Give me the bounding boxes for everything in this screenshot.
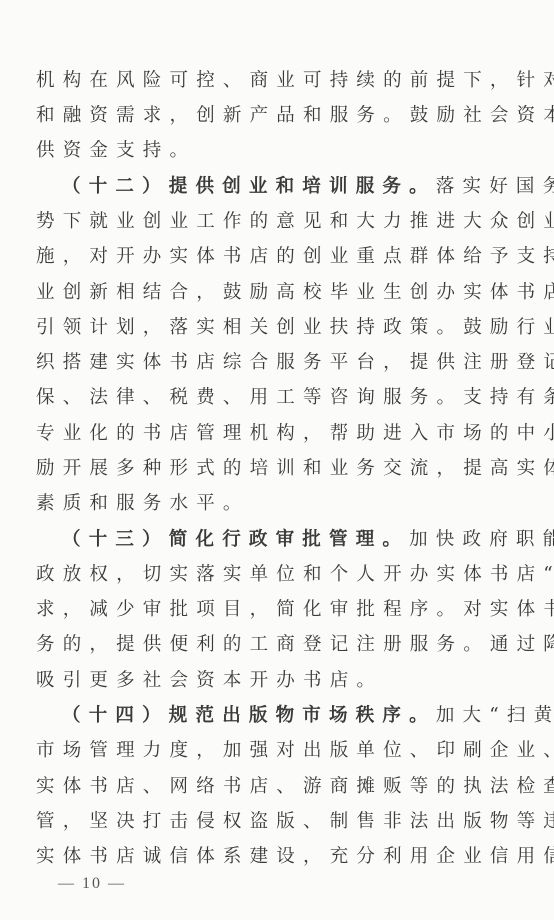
paragraph-text: 政放权，切实落实单位和个人开办实体书店“先照后证”改革要 bbox=[36, 564, 554, 585]
paragraph-text: 励开展多种形式的培训和业务交流，提高实体书店从业人员整体 bbox=[36, 458, 554, 479]
paragraph-text: 机构在风险可控、商业可持续的前提下，针对中小书店经营特点 bbox=[36, 70, 554, 91]
text-line: 和融资需求，创新产品和服务。鼓励社会资本为中小书店发展提 bbox=[36, 103, 496, 129]
paragraph-text: 实体书店诚信体系建设，充分利用企业信用信息公示平台，及时 bbox=[36, 846, 554, 867]
paragraph-text: 市场管理力度，加强对出版单位、印刷企业、出版物批发市场、 bbox=[36, 740, 554, 761]
text-line: 市场管理力度，加强对出版单位、印刷企业、出版物批发市场、 bbox=[36, 738, 496, 764]
section-heading: （十三）简化行政审批管理。 bbox=[62, 529, 409, 550]
section-heading: （十四）规范出版物市场秩序。 bbox=[62, 705, 436, 726]
paragraph-text: 加快政府职能转变，进一步简 bbox=[409, 529, 554, 550]
text-line: 求，减少审批项目，简化审批程序。对实体书店开展其他经营业 bbox=[36, 597, 496, 623]
text-line: 励开展多种形式的培训和业务交流，提高实体书店从业人员整体 bbox=[36, 456, 496, 482]
section-heading-line: （十三）简化行政审批管理。加快政府职能转变，进一步简 bbox=[62, 527, 522, 553]
paragraph-text: 专业化的书店管理机构，帮助进入市场的中小书店运营管理。鼓 bbox=[36, 423, 554, 444]
section-heading-line: （十二）提供创业和培训服务。落实好国务院关于做好新形 bbox=[62, 174, 522, 200]
paragraph-text: 实体书店、网络书店、游商摊贩等的执法检查，加强事中事后监 bbox=[36, 776, 554, 797]
paragraph-text: 织搭建实体书店综合服务平台，提供注册登记、生产经营、社 bbox=[36, 352, 554, 373]
paragraph-text: 和融资需求，创新产品和服务。鼓励社会资本为中小书店发展提 bbox=[36, 105, 554, 126]
text-line: 专业化的书店管理机构，帮助进入市场的中小书店运营管理。鼓 bbox=[36, 421, 496, 447]
section-heading-line: （十四）规范出版物市场秩序。加大“扫黄打非”和出版物 bbox=[62, 703, 522, 729]
paragraph-text: 业创新相结合，鼓励高校毕业生创办实体书店，纳入大学生创业 bbox=[36, 282, 554, 303]
paragraph-text: 落实好国务院关于做好新形 bbox=[436, 176, 554, 197]
text-line: 织搭建实体书店综合服务平台，提供注册登记、生产经营、社 bbox=[36, 350, 496, 376]
paragraph-text: 素质和服务水平。 bbox=[36, 493, 250, 514]
paragraph-text: 保、法律、税费、用工等咨询服务。支持有条件的发行企业成立 bbox=[36, 387, 554, 408]
paragraph-text: 加大“扫黄打非”和出版物 bbox=[436, 705, 554, 726]
paragraph-text: 引领计划，落实相关创业扶持政策。鼓励行业协会、中介服务组 bbox=[36, 317, 554, 338]
paragraph-text: 吸引更多社会资本开办书店。 bbox=[36, 670, 383, 691]
text-line: 管，坚决打击侵权盗版、制售非法出版物等违法违规行为。完善 bbox=[36, 809, 496, 835]
paragraph-text: 供资金支持。 bbox=[36, 140, 196, 161]
text-line: 实体书店诚信体系建设，充分利用企业信用信息公示平台，及时 bbox=[36, 844, 496, 870]
text-line: 吸引更多社会资本开办书店。 bbox=[36, 668, 496, 694]
paragraph-text: 务的，提供便利的工商登记注册服务。通过降低市场准入门槛， bbox=[36, 634, 554, 655]
paragraph-text: 管，坚决打击侵权盗版、制售非法出版物等违法违规行为。完善 bbox=[36, 811, 554, 832]
text-line: 机构在风险可控、商业可持续的前提下，针对中小书店经营特点 bbox=[36, 68, 496, 94]
text-line: 保、法律、税费、用工等咨询服务。支持有条件的发行企业成立 bbox=[36, 385, 496, 411]
text-line: 实体书店、网络书店、游商摊贩等的执法检查，加强事中事后监 bbox=[36, 774, 496, 800]
section-heading: （十二）提供创业和培训服务。 bbox=[62, 176, 436, 197]
text-line: 务的，提供便利的工商登记注册服务。通过降低市场准入门槛， bbox=[36, 632, 496, 658]
text-line: 政放权，切实落实单位和个人开办实体书店“先照后证”改革要 bbox=[36, 562, 496, 588]
text-line: 施，对开办实体书店的创业重点群体给予支持。与引导大学生创 bbox=[36, 244, 496, 270]
text-line: 供资金支持。 bbox=[36, 138, 496, 164]
text-line: 业创新相结合，鼓励高校毕业生创办实体书店，纳入大学生创业 bbox=[36, 280, 496, 306]
text-line: 引领计划，落实相关创业扶持政策。鼓励行业协会、中介服务组 bbox=[36, 315, 496, 341]
paragraph-text: 势下就业创业工作的意见和大力推进大众创业万众创新的政策措 bbox=[36, 211, 554, 232]
paragraph-text: 施，对开办实体书店的创业重点群体给予支持。与引导大学生创 bbox=[36, 246, 554, 267]
paragraph-text: 求，减少审批项目，简化审批程序。对实体书店开展其他经营业 bbox=[36, 599, 554, 620]
text-line: 势下就业创业工作的意见和大力推进大众创业万众创新的政策措 bbox=[36, 209, 496, 235]
document-page: 机构在风险可控、商业可持续的前提下，针对中小书店经营特点和融资需求，创新产品和服… bbox=[0, 0, 554, 920]
page-number: — 10 — bbox=[58, 875, 126, 893]
text-line: 素质和服务水平。 bbox=[36, 491, 496, 517]
